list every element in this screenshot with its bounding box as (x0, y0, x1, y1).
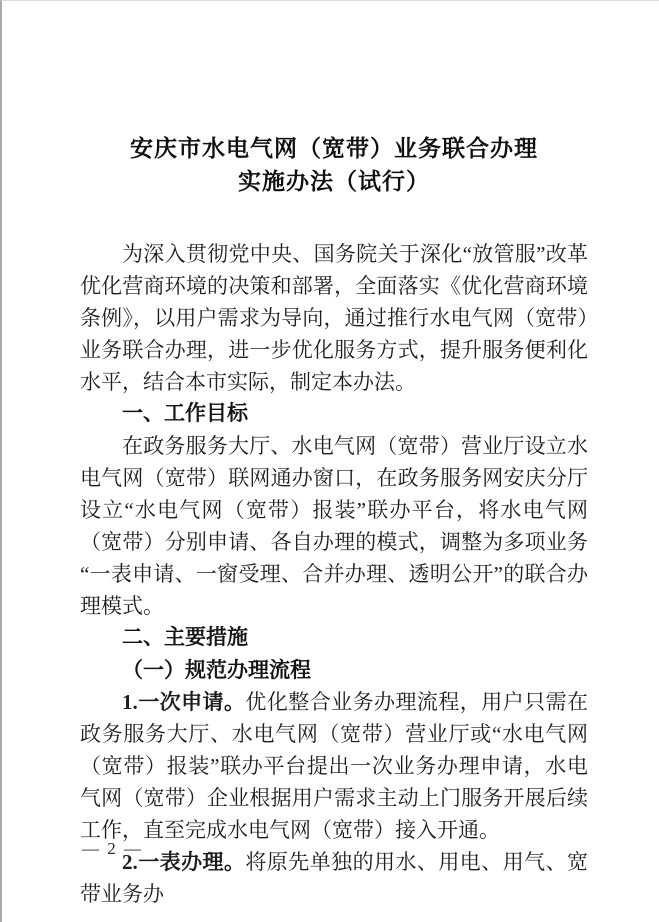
document-content: 安庆市水电气网（宽带）业务联合办理 实施办法（试行） 为深入贯彻党中央、国务院关… (80, 132, 588, 910)
document-title: 安庆市水电气网（宽带）业务联合办理 实施办法（试行） (80, 132, 588, 198)
document-page: 安庆市水电气网（宽带）业务联合办理 实施办法（试行） 为深入贯彻党中央、国务院关… (0, 0, 659, 922)
measure-1-paragraph: 1.一次申请。优化整合业务办理流程，用户只需在政务服务大厅、水电气网（宽带）营业… (80, 686, 588, 846)
intro-paragraph: 为深入贯彻党中央、国务院关于深化“放管服”改革优化营商环境的决策和部署，全面落实… (80, 238, 588, 398)
measure-2-paragraph: 2.一表办理。将原先单独的用水、用电、用气、宽带业务办 (80, 846, 588, 910)
section-1-heading: 一、工作目标 (80, 398, 588, 430)
page-number: — 2 — (82, 839, 143, 859)
section-2-heading: 二、主要措施 (80, 622, 588, 654)
subsection-1-heading: （一）规范办理流程 (80, 654, 588, 686)
measure-1-lead: 1.一次申请。 (122, 690, 245, 714)
title-line-1: 安庆市水电气网（宽带）业务联合办理 (80, 132, 588, 165)
title-line-2: 实施办法（试行） (80, 165, 588, 198)
section-1-body: 在政务服务大厅、水电气网（宽带）营业厅设立水电气网（宽带）联网通办窗口，在政务服… (80, 430, 588, 622)
